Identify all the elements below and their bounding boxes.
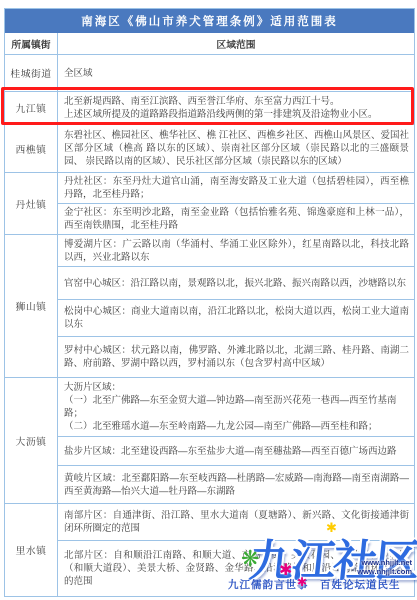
table-title: 南海区《佛山市养犬管理条例》适用范围表 xyxy=(81,13,338,29)
table-row: 西樵镇 东碧社区、樵园社区、樵华社区、樵 江社区、西樵乡社区、西樵山风景区、爱国… xyxy=(5,124,414,172)
scope-cell: 博爱湖片区：广云路以南（华涌村、华涌工业区除外），红星南路以北，科技北路以西，兴… xyxy=(58,235,414,266)
scope-cell: 黄岐片区域：北至鄱阳路—东至岐西路—杜鹃路—宏威路—南海路—南至南湖路—西至黄海… xyxy=(58,465,414,503)
scope-cell: 罗村中心城区：状元路以南，佛罗路、外滩北路以北，北湖三路、桂丹路、南湖二路、府前… xyxy=(58,336,414,377)
table-row: 里水镇 南部片区：自通津街、沿江路、里水大道南（夏塘路）、新兴路、文化街接通津街… xyxy=(5,503,414,596)
page: 南海区《佛山市养犬管理条例》适用范围表 所属镇街 区域范围 桂城街道 全区域 九… xyxy=(0,0,417,600)
scope-cell: 盐步片区域：北至建设西路—东至盐步大道—南至穗盐路—西至百德广场西边路 xyxy=(58,436,414,465)
town-label: 西樵镇 xyxy=(5,125,58,172)
table-title-bar: 南海区《佛山市养犬管理条例》适用范围表 xyxy=(5,9,414,33)
table-row-highlighted: 九江镇 北至新堤西路、南至江滨路、西至誉江华府、东至富力西江十号。 上述区域所提… xyxy=(5,91,414,124)
town-label: 狮山镇 xyxy=(5,235,58,377)
scope-table: 南海区《佛山市养犬管理条例》适用范围表 所属镇街 区域范围 桂城街道 全区域 九… xyxy=(4,8,415,597)
scope-cell: 官窑中心城区：沿江路以南，景观路以北，振兴北路、振兴南路以西，沙塘路以东 xyxy=(58,266,414,299)
table-row: 狮山镇 博爱湖片区：广云路以南（华涌村、华涌工业区除外），红星南路以北，科技北路… xyxy=(5,234,414,377)
town-label: 九江镇 xyxy=(5,92,58,124)
town-label: 桂城街道 xyxy=(5,55,58,91)
town-label: 丹灶镇 xyxy=(5,173,58,234)
table-row: 丹灶镇 丹灶社区：东至丹灶大道官山涌，南至海安路及工业大道（包括碧桂园），西至樵… xyxy=(5,172,414,234)
table-row: 大沥镇 大沥片区域： （一）北至广佛路—东至金贸大道—钟边路—南至沥兴花苑一巷西… xyxy=(5,377,414,503)
town-label: 里水镇 xyxy=(5,504,58,596)
scope-cell: 南部片区：自通津街、沿江路、里水大道南（夏塘路）、新兴路、文化街接通津街闭环所圈… xyxy=(58,504,414,540)
table-row: 桂城街道 全区域 xyxy=(5,54,414,91)
scope-cell: 大沥片区域： （一）北至广佛路—东至金贸大道—钟边路—南至沥兴花苑一巷西—西至竹… xyxy=(58,378,414,436)
scope-cell: 全区域 xyxy=(58,55,414,91)
scope-cell: 北部片区：自和顺沿江南路、和顺大道、市场一街、美景花园、文教路、金和路（和顺大道… xyxy=(58,540,414,596)
scope-cell: 金宁社区：东至明沙北路，南至金业路（包括怡雅名苑、锦逸豪庭和上林一品），西至南铁… xyxy=(58,203,414,234)
scope-cell: 北至新堤西路、南至江滨路、西至誉江华府、东至富力西江十号。 上述区域所提及的道路… xyxy=(58,92,414,124)
town-label: 大沥镇 xyxy=(5,378,58,503)
scope-cell: 东碧社区、樵园社区、樵华社区、樵 江社区、西樵乡社区、西樵山风景区、爱国社区部分… xyxy=(58,125,414,172)
column-header-row: 所属镇街 区域范围 xyxy=(5,33,414,54)
column-header-scope: 区域范围 xyxy=(58,33,414,54)
scope-cell: 丹灶社区：东至丹灶大道官山涌，南至海安路及工业大道（包括碧桂园），西至樵丹路，北… xyxy=(58,173,414,203)
column-header-town: 所属镇街 xyxy=(5,33,58,54)
scope-cell: 松岗中心城区：商业大道南以南，沿江北路以北，松岗大道以西，松岗工业大道南以东 xyxy=(58,299,414,336)
